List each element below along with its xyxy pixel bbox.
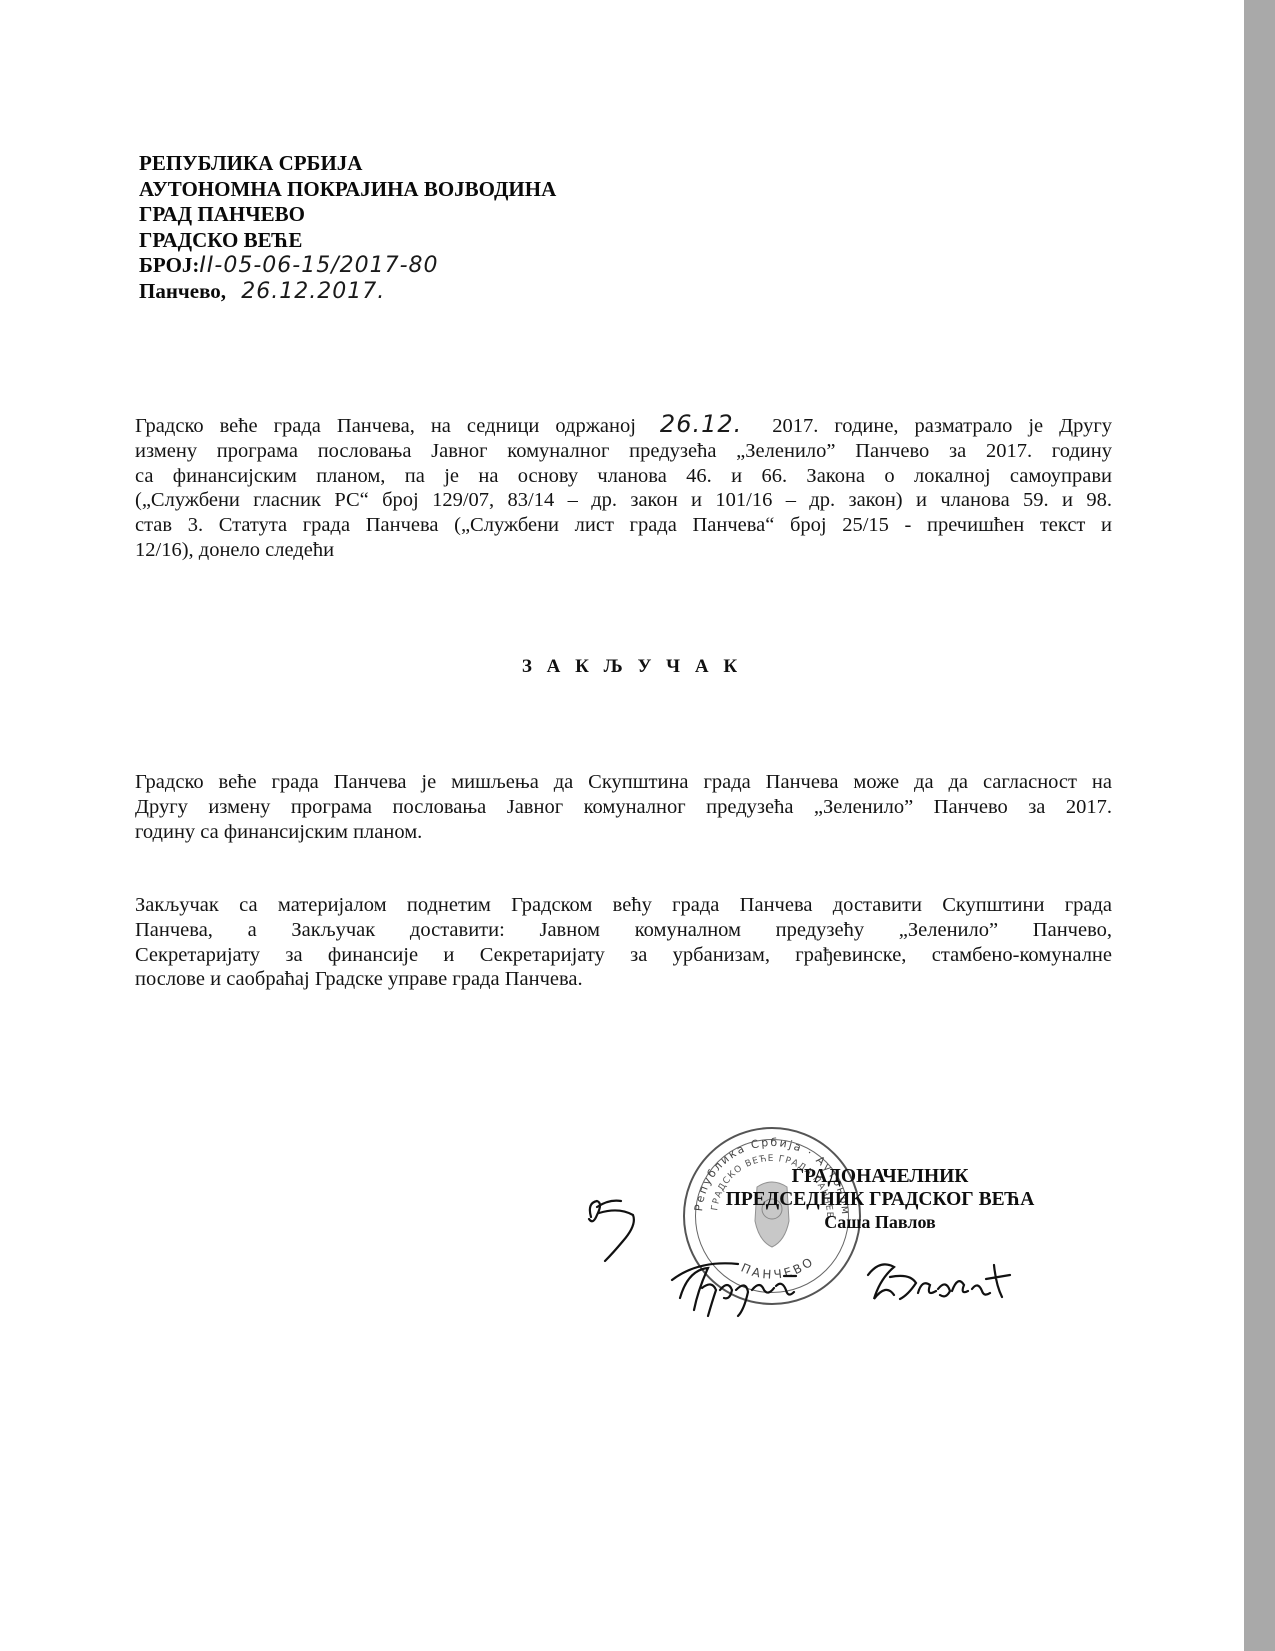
intro-line-1: Градско веће града Панчева, на седници о…: [135, 412, 1112, 439]
conclusion-paragraph: Градско веће града Панчева је мишљења да…: [135, 770, 1112, 844]
document-number-label: БРОЈ:: [139, 253, 199, 277]
delivery-line-3: Секретаријату за финансије и Секретарија…: [135, 943, 1112, 968]
intro-line-2: измену програма пословања Јавног комунал…: [135, 439, 1112, 464]
signatory-title-council-president: ПРЕДСЕДНИК ГРАДСКОГ ВЕЋА: [680, 1188, 1080, 1211]
document-number-handwritten: II-05-06-15/2017-80: [199, 253, 438, 278]
document-place-date: Панчево, 26.12.2017.: [139, 279, 556, 305]
header-line-province: АУТОНОМНА ПОКРАЈИНА ВОЈВОДИНА: [139, 177, 556, 203]
signature-block: ГРАДОНАЧЕЛНИК ПРЕДСЕДНИК ГРАДСКОГ ВЕЋА С…: [680, 1165, 1080, 1234]
signatory-title-mayor: ГРАДОНАЧЕЛНИК: [680, 1165, 1080, 1188]
date-handwritten: 26.12.2017.: [241, 279, 385, 304]
signatory-name: Саша Павлов: [680, 1211, 1080, 1234]
document-number: БРОЈ:II-05-06-15/2017-80: [139, 253, 556, 279]
delivery-line-1: Закључак са материјалом поднетим Градско…: [135, 893, 1112, 918]
intro-line-5: став 3. Статута града Панчева („Службени…: [135, 513, 1112, 538]
place-label: Панчево,: [139, 279, 226, 303]
scanner-edge: [1244, 0, 1275, 1651]
intro-line-3: са финансијским планом, па је на основу …: [135, 464, 1112, 489]
intro-line-1-before: Градско веће града Панчева, на седници о…: [135, 415, 636, 437]
delivery-line-4: послове и саобраћај Градске управе града…: [135, 967, 1112, 992]
intro-line-4: („Службени гласник РС“ број 129/07, 83/1…: [135, 488, 1112, 513]
handwritten-signature-left-icon: [668, 1250, 818, 1320]
delivery-paragraph: Закључак са материјалом поднетим Градско…: [135, 893, 1112, 992]
conclusion-line-1: Градско веће града Панчева је мишљења да…: [135, 770, 1112, 795]
document-header: РЕПУБЛИКА СРБИЈА АУТОНОМНА ПОКРАЈИНА ВОЈ…: [139, 151, 556, 304]
intro-line-1-after: 2017. године, разматрало је Другу: [772, 415, 1112, 437]
header-line-council: ГРАДСКО ВЕЋЕ: [139, 228, 556, 254]
conclusion-heading-text: З А К Љ У Ч А К: [522, 656, 742, 677]
handwritten-signature-right-icon: [860, 1255, 1020, 1315]
conclusion-line-3: годину са финансијским планом.: [135, 820, 1112, 845]
conclusion-heading: З А К Љ У Ч А К: [0, 656, 1244, 678]
intro-line-6: 12/16), донело следећи: [135, 538, 1112, 563]
delivery-line-2: Панчева, а Закључак доставити: Јавном ко…: [135, 918, 1112, 943]
meeting-date-handwritten: 26.12.: [660, 410, 742, 438]
intro-paragraph: Градско веће града Панчева, на седници о…: [135, 412, 1112, 563]
initials-signature-icon: [583, 1195, 643, 1265]
header-line-republic: РЕПУБЛИКА СРБИЈА: [139, 151, 556, 177]
conclusion-line-2: Другу измену програма пословања Јавног к…: [135, 795, 1112, 820]
header-line-city: ГРАД ПАНЧЕВО: [139, 202, 556, 228]
